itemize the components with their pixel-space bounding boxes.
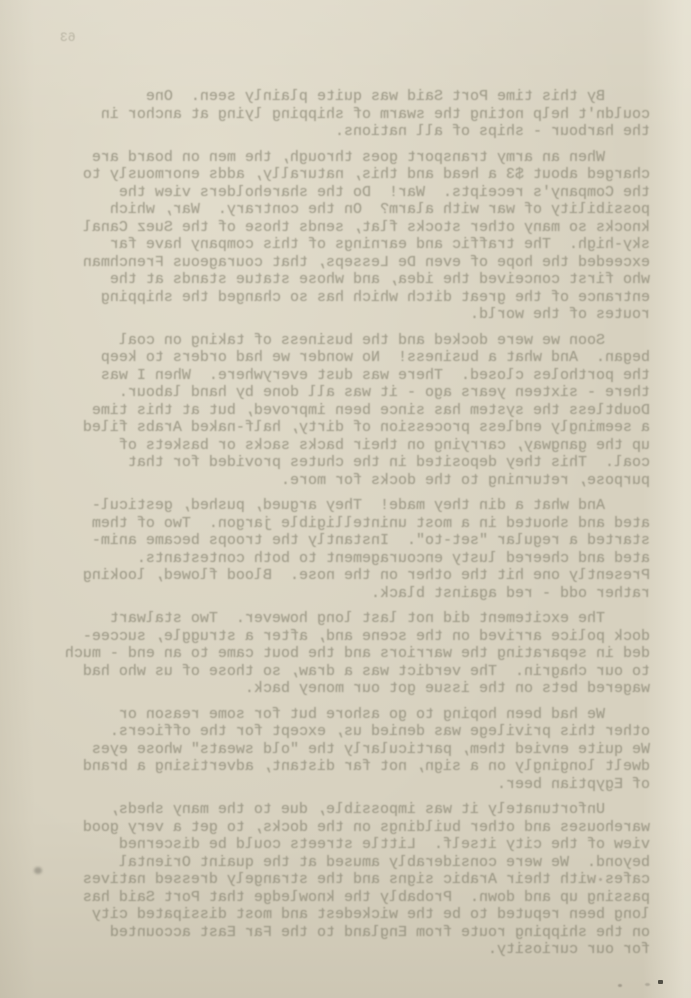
paragraph-coaling: Soon we were docked and the business of …: [44, 332, 650, 490]
paragraph-city-view: Unfortunately it was impossible, due to …: [44, 801, 650, 959]
paragraph-port-said-sighted: By this time Port Said was quite plainly…: [44, 88, 650, 141]
scanned-page: 63 By this time Port Said was quite plai…: [0, 0, 691, 998]
paragraph-canal-company: When an army transport goes through, the…: [44, 149, 650, 324]
mirrored-typescript-content: 63 By this time Port Said was quite plai…: [0, 0, 691, 998]
typed-text-block: By this time Port Said was quite plainly…: [44, 88, 650, 967]
page-number: 63: [60, 30, 76, 45]
paper-speck: [645, 983, 650, 986]
paragraph-police: The excitement did not last long however…: [44, 610, 650, 698]
paragraph-ashore-denied: We had been hoping to go ashore but for …: [44, 706, 650, 794]
paragraph-fight: And what a din they made! They argued, p…: [44, 497, 650, 602]
paper-speck: [599, 878, 602, 881]
ink-smudge: [34, 867, 42, 874]
paper-speck: [618, 984, 622, 987]
dark-speck: [658, 980, 663, 984]
